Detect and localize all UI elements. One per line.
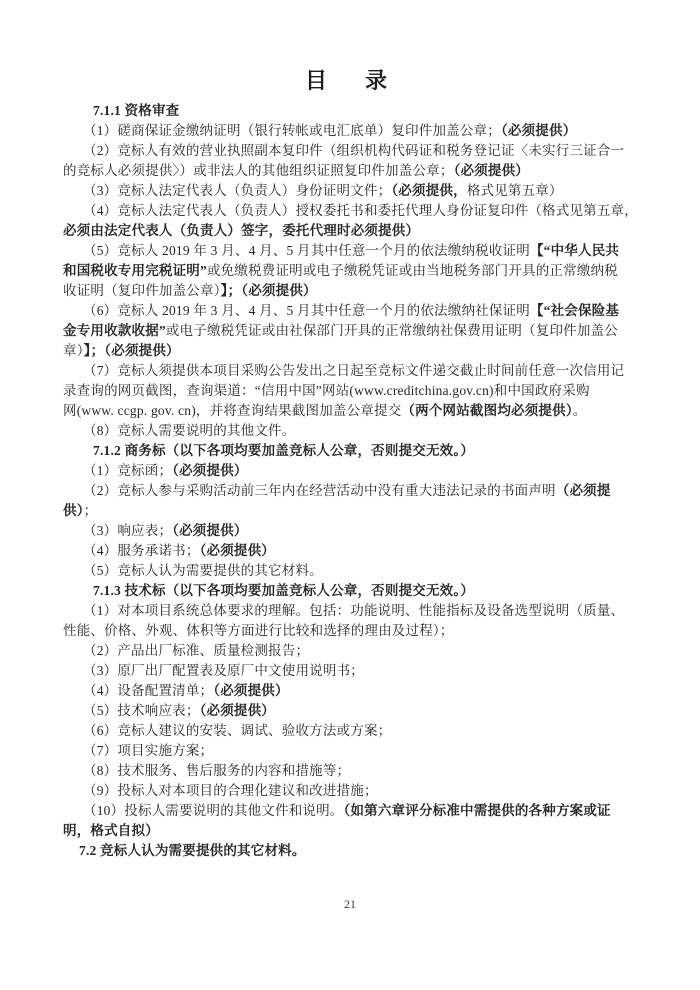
toc-line-segment: （必须提供） [172,523,247,538]
toc-line-segment: 7.2 竞标人认为需要提供的其它材料。 [79,843,306,858]
toc-line-segment: （1）磋商保证金缴纳证明（银行转帐或电汇底单）复印件加盖公章； [83,123,501,138]
toc-line: （1）对本项目系统总体要求的理解。包括：功能说明、性能指标及设备选型说明（质量、 [63,601,645,621]
toc-line-segment: （3）竞标人法定代表人（负责人）身份证明文件； [83,183,391,198]
toc-line-segment: （1）竞标函； [83,463,172,478]
page-title: 目 录 [0,64,700,95]
toc-line-segment: （8）技术服务、售后服务的内容和措施等； [83,763,350,778]
toc-line: （10）投标人需要说明的其他文件和说明。（如第六章评分标准中需提供的各种方案或证 [63,801,645,821]
toc-line: 性能、价格、外观、体积等方面进行比较和选择的理由及过程）； [63,621,645,641]
toc-line-segment: （5）技术响应表； [83,703,200,718]
toc-line-segment: 7.1.3 技术标（以下各项均要加盖竞标人公章，否则提交无效。） [93,583,474,598]
toc-line: （1）竞标函；（必须提供） [63,461,645,481]
toc-line-segment: （两个网站截图均必须提供） [401,403,572,418]
toc-line-segment: （2）竞标人有效的营业执照副本复印件（组织机构代码证和税务登记证〈未实行三证合一 [83,143,624,158]
toc-line: （2）产品出厂标准、质量检测报告； [63,641,645,661]
toc-line-segment: 7.1.2 商务标（以下各项均要加盖竞标人公章，否则提交无效。） [93,443,474,458]
toc-line: 金专用收款收据”或电子缴税凭证或由社保部门开具的正常缴纳社保费用证明（复印件加盖… [63,321,645,341]
toc-line-segment: 7.1.1 资格审查 [93,103,179,118]
toc-line-segment: 性能、价格、外观、体积等方面进行比较和选择的理由及过程）； [63,623,454,638]
toc-line: （4）服务承诺书；（必须提供） [63,541,645,561]
toc-section-heading: 7.1.1 资格审查 [63,101,645,121]
toc-line: （1）磋商保证金缴纳证明（银行转帐或电汇底单）复印件加盖公章；（必须提供） [63,121,645,141]
toc-line-segment: 或免缴税费证明或电子缴税凭证或由当地税务部门开具的正常缴纳税 [207,263,618,278]
page-number: 21 [0,897,700,912]
toc-line-segment: （5）竞标人 2019 年 3 月、4 月、5 月其中任意一个月的依法缴纳税收证… [83,243,530,258]
toc-line-segment: （2）竞标人参与采购活动前三年内在经营活动中没有重大违法记录的书面声明 [83,483,556,498]
toc-line-segment: （必须提供， [391,183,466,198]
toc-line-segment: 供） [63,503,84,518]
toc-line-segment: 章） [63,343,84,358]
toc-line-segment: 和国税收专用完税证明” [63,263,207,278]
toc-line-segment: （9）投标人对本项目的合理化建议和改进措施； [83,783,378,798]
toc-line: （3）原厂出厂配置表及原厂中文使用说明书； [63,661,645,681]
toc-line-segment: （4）竞标人法定代表人（负责人）授权委托书和委托代理人身份证复印件（格式见第五章… [83,203,638,218]
toc-line: 必须由法定代表人（负责人）签字，委托代理时必须提供） [63,221,645,241]
toc-line: 供）； [63,501,645,521]
toc-line-segment: （3）原厂出厂配置表及原厂中文使用说明书； [83,663,364,678]
toc-line: （8）技术服务、售后服务的内容和措施等； [63,761,645,781]
toc-line-segment: 网(www. ccgp. gov. cn)，并将查询结果截图加盖公章提交 [63,403,401,418]
toc-section-heading: 7.2 竞标人认为需要提供的其它材料。 [63,841,645,861]
toc-line: （5）技术响应表；（必须提供） [63,701,645,721]
toc-line-segment: （必须提供） [213,683,288,698]
toc-line: （9）投标人对本项目的合理化建议和改进措施； [63,781,645,801]
toc-line-segment: （必须提供） [454,163,529,178]
toc-body: 7.1.1 资格审查（1）磋商保证金缴纳证明（银行转帐或电汇底单）复印件加盖公章… [63,101,645,861]
toc-line: （5）竞标人 2019 年 3 月、4 月、5 月其中任意一个月的依法缴纳税收证… [63,241,645,261]
toc-line-segment: 的竞标人必须提供〉）或非法人的其他组织证照复印件加盖公章； [63,163,454,178]
toc-line: （6）竞标人建议的安装、调试、验收方法或方案； [63,721,645,741]
toc-line-segment: （6）竞标人 2019 年 3 月、4 月、5 月其中任意一个月的依法缴纳社保证… [83,303,530,318]
toc-line-segment: （5）竞标人认为需要提供的其它材料。 [83,563,323,578]
toc-line-segment: 】；（必须提供） [221,283,317,298]
document-page: 目 录 7.1.1 资格审查（1）磋商保证金缴纳证明（银行转帐或电汇底单）复印件… [0,0,700,990]
toc-section-heading: 7.1.3 技术标（以下各项均要加盖竞标人公章，否则提交无效。） [63,581,645,601]
toc-line-segment: （必须提供） [200,543,275,558]
toc-line-segment: ； [84,503,98,518]
toc-line: （3）响应表；（必须提供） [63,521,645,541]
toc-line: （4）设备配置清单；（必须提供） [63,681,645,701]
toc-line-segment: （10）投标人需要说明的其他文件和说明。 [83,803,344,818]
toc-line: （7）项目实施方案； [63,741,645,761]
toc-line-segment: （7）竞标人须提供本项目采购公告发出之日起至竞标文件递交截止时间前任意一次信用记 [83,363,624,378]
toc-line-segment: 录查询的网页截图，查询渠道：“信用中国”网站(www.creditchina.g… [63,383,590,398]
toc-line-segment: （如第六章评分标准中需提供的各种方案或证 [344,803,611,818]
toc-section-heading: 7.1.2 商务标（以下各项均要加盖竞标人公章，否则提交无效。） [63,441,645,461]
toc-line: （8）竞标人需要说明的其他文件。 [63,421,645,441]
toc-line: （4）竞标人法定代表人（负责人）授权委托书和委托代理人身份证复印件（格式见第五章… [63,201,645,221]
toc-line: （7）竞标人须提供本项目采购公告发出之日起至竞标文件递交截止时间前任意一次信用记 [63,361,645,381]
toc-line-segment: 或电子缴税凭证或由社保部门开具的正常缴纳社保费用证明（复印件加盖公 [166,323,618,338]
toc-line: 录查询的网页截图，查询渠道：“信用中国”网站(www.creditchina.g… [63,381,645,401]
toc-line-segment: 】；（必须提供） [84,343,180,358]
toc-line-segment: （3）响应表； [83,523,172,538]
toc-line-segment: 金专用收款收据” [63,323,166,338]
toc-line-segment: （必须提供） [200,703,275,718]
toc-line-segment: 格式见第五章） [467,183,563,198]
toc-line-segment: 收证明（复印件加盖公章） [63,283,221,298]
toc-line: 的竞标人必须提供〉）或非法人的其他组织证照复印件加盖公章；（必须提供） [63,161,645,181]
toc-line-segment: 。 [573,403,587,418]
toc-line-segment: （1）对本项目系统总体要求的理解。包括：功能说明、性能指标及设备选型说明（质量、 [83,603,624,618]
toc-line: （3）竞标人法定代表人（负责人）身份证明文件；（必须提供，格式见第五章） [63,181,645,201]
toc-line-segment: （必须提 [556,483,611,498]
toc-line: （2）竞标人有效的营业执照副本复印件（组织机构代码证和税务登记证〈未实行三证合一 [63,141,645,161]
toc-line: （6）竞标人 2019 年 3 月、4 月、5 月其中任意一个月的依法缴纳社保证… [63,301,645,321]
toc-line-segment: 明，格式自拟） [63,823,159,838]
toc-line-segment: （6）竞标人建议的安装、调试、验收方法或方案； [83,723,391,738]
toc-line-segment: （2）产品出厂标准、质量检测报告； [83,643,309,658]
toc-line-segment: （8）竞标人需要说明的其他文件。 [83,423,295,438]
toc-line-segment: 【“中华人民共 [530,243,619,258]
toc-line-segment: 必须由法定代表人（负责人）签字，委托代理时必须提供） [63,223,419,238]
toc-line-segment: （4）服务承诺书； [83,543,200,558]
toc-line-segment: 【“社会保险基 [530,303,619,318]
toc-line: 网(www. ccgp. gov. cn)，并将查询结果截图加盖公章提交（两个网… [63,401,645,421]
toc-line: （2）竞标人参与采购活动前三年内在经营活动中没有重大违法记录的书面声明（必须提 [63,481,645,501]
toc-line-segment: （7）项目实施方案； [83,743,213,758]
toc-line-segment: （4）设备配置清单； [83,683,213,698]
toc-line: 收证明（复印件加盖公章）】；（必须提供） [63,281,645,301]
toc-line-segment: （必须提供） [172,463,247,478]
toc-line: 章）】；（必须提供） [63,341,645,361]
toc-line-segment: （必须提供） [501,123,576,138]
toc-line: 和国税收专用完税证明”或免缴税费证明或电子缴税凭证或由当地税务部门开具的正常缴纳… [63,261,645,281]
toc-line: 明，格式自拟） [63,821,645,841]
toc-line: （5）竞标人认为需要提供的其它材料。 [63,561,645,581]
